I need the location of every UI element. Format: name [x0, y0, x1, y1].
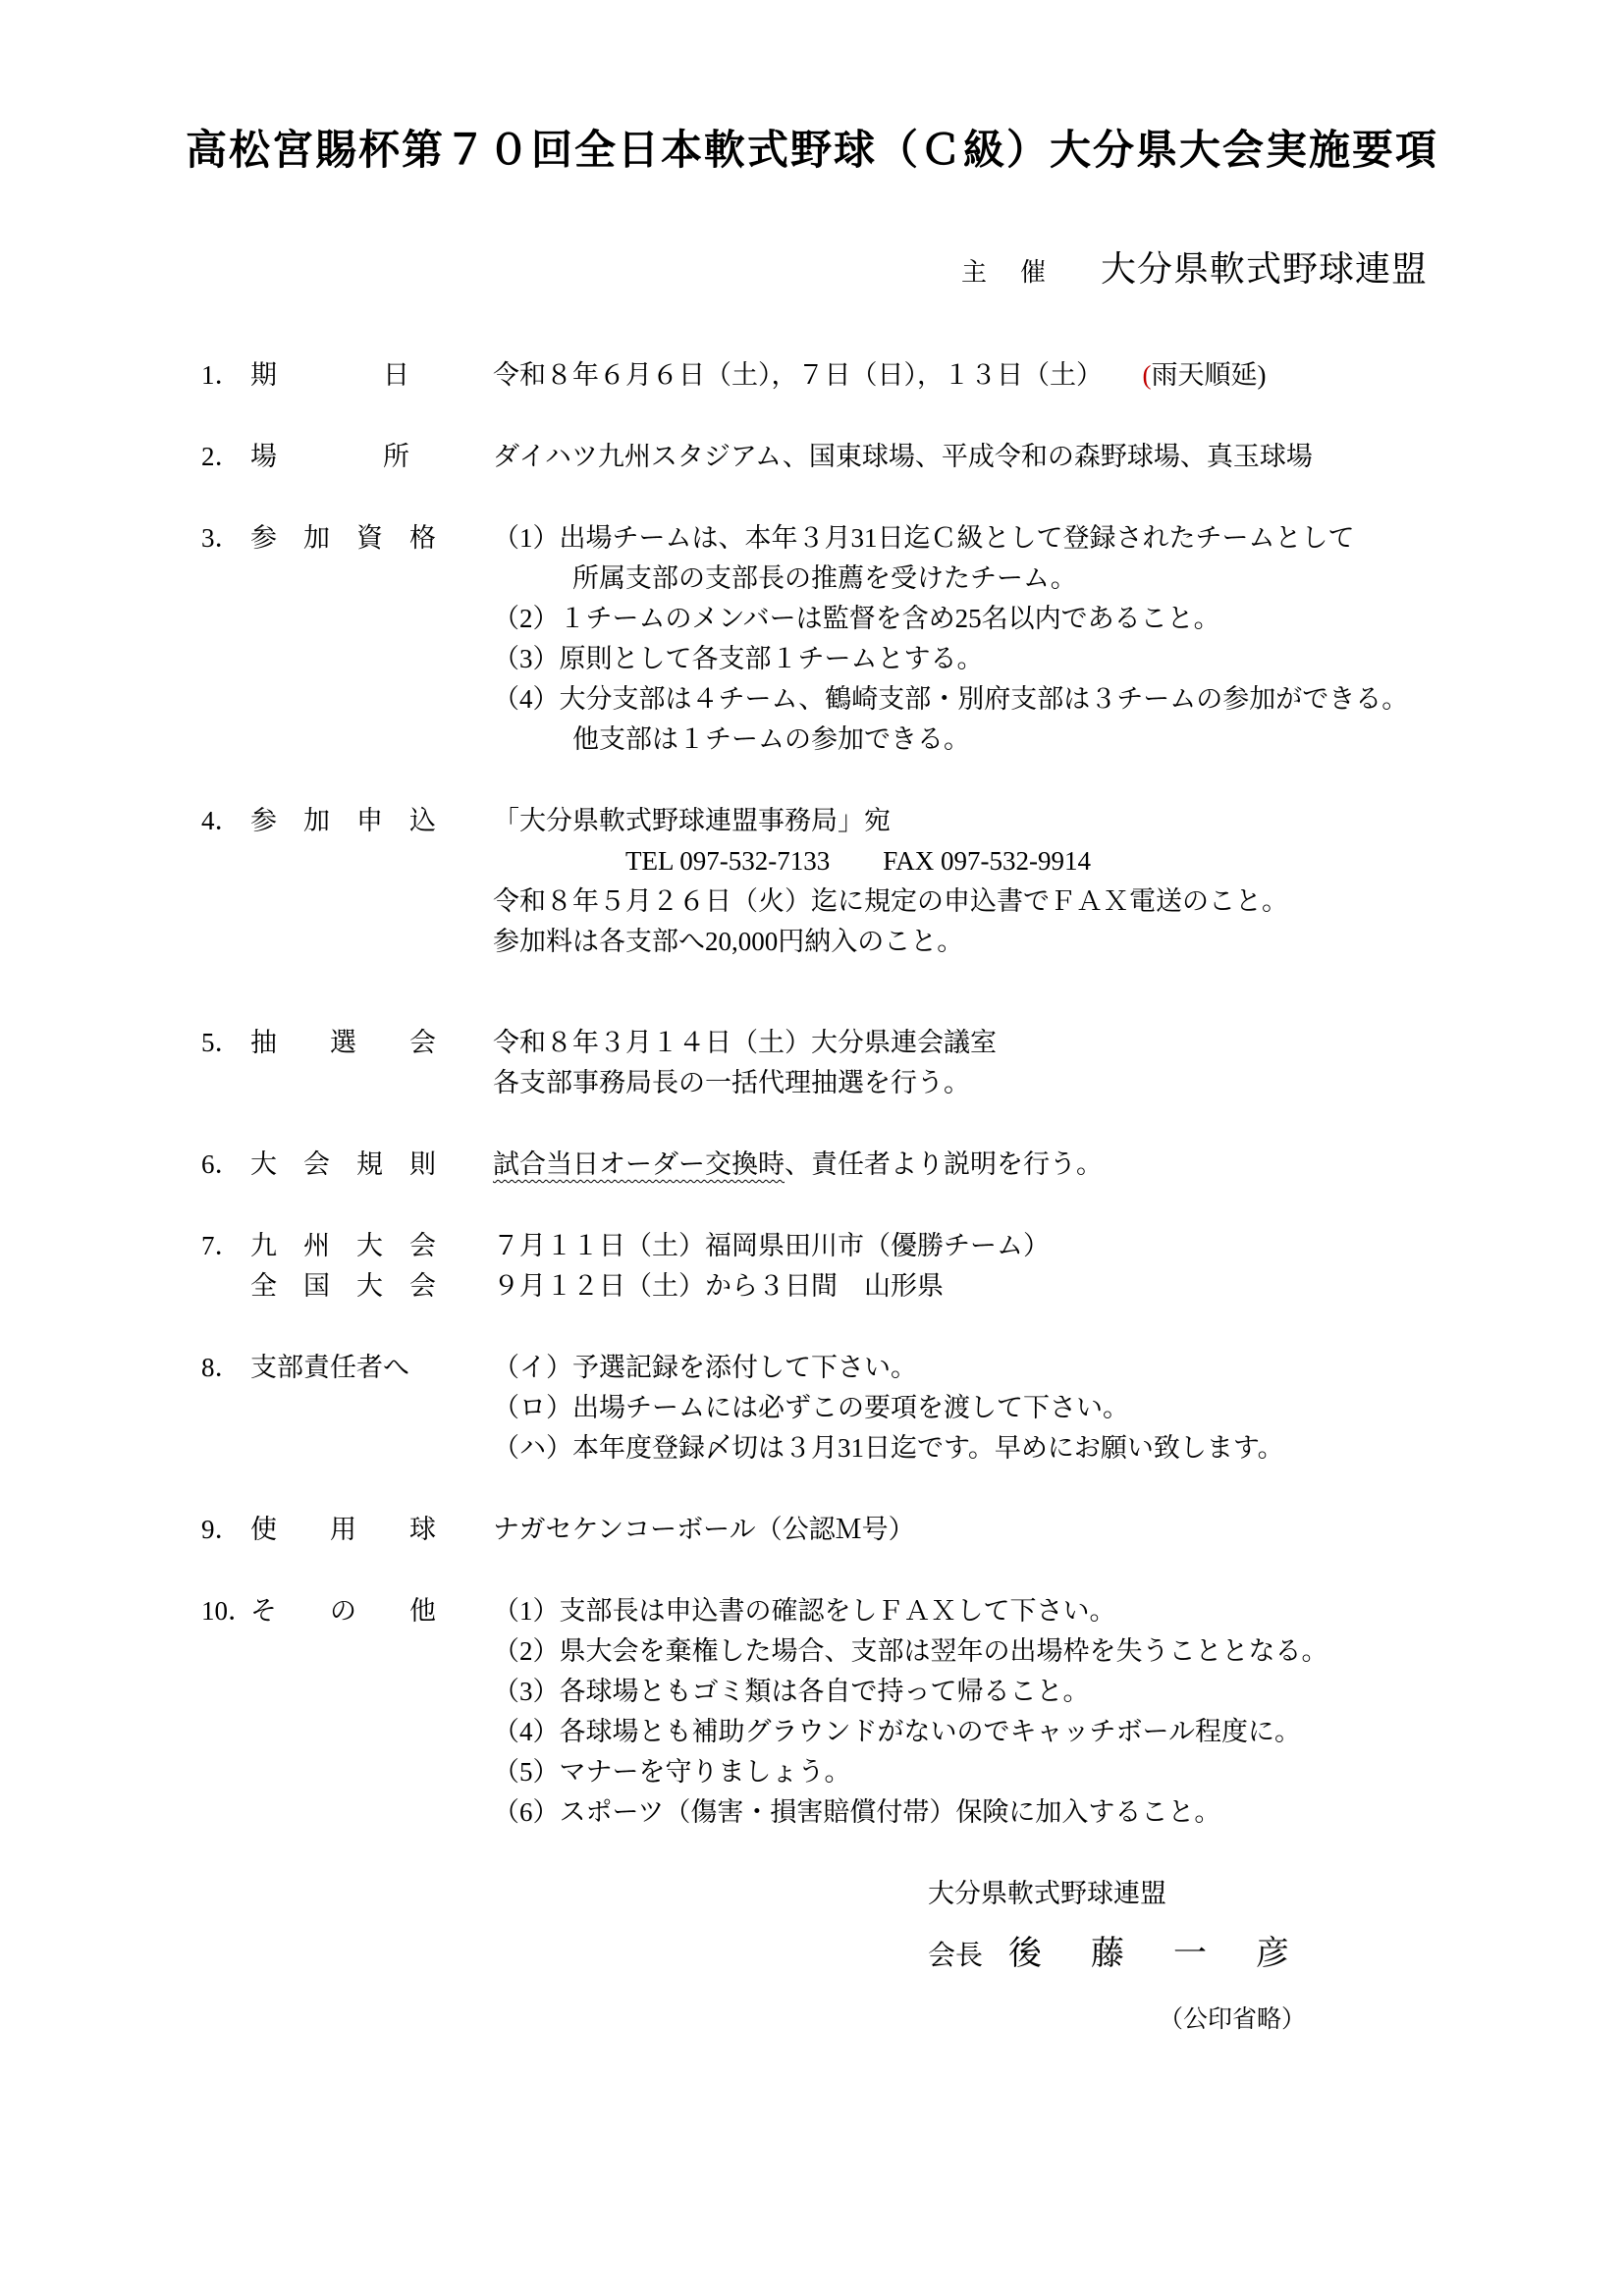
section-number: 5．	[201, 1023, 250, 1063]
signature-block: 大分県軟式野球連盟 会長 後 藤 一 彦 （公印省略）	[0, 1874, 1624, 2040]
text-line: （ハ）本年度登録〆切は３月31日迄です。早めにお願い致します。	[493, 1428, 1624, 1468]
text-segment: 雨天順延)	[1152, 360, 1267, 390]
section-label: 参 加 資 格	[250, 518, 493, 559]
text-line: （6）スポーツ（傷害・損害賠償付帯）保険に加入すること。	[493, 1792, 1624, 1833]
section-content: 「大分県軟式野球連盟事務局」宛 TEL 097-532-7133 FAX 097…	[493, 801, 1624, 962]
text-line: ９月１２日（土）から３日間 山形県	[493, 1266, 1624, 1307]
text-line: （2）県大会を棄権した場合、支部は翌年の出場枠を失うこととなる。	[493, 1631, 1624, 1672]
text-line: ナガセケンコーボール（公認Ｍ号）	[493, 1510, 1624, 1550]
text-line: 令和８年６月６日（土），７日（日），１３日（土） (雨天順延)	[493, 355, 1624, 396]
text-line: （1）支部長は申込書の確認をしＦＡＸして下さい。	[493, 1591, 1624, 1631]
section-row: 2．場 所ダイハツ九州スタジアム、国東球場、平成令和の森野球場、真玉球場	[0, 437, 1624, 477]
document-page: 高松宮賜杯第７０回全日本軟式野球（Ｃ級）大分県大会実施要項 主 催 大分県軟式野…	[0, 0, 1624, 2296]
text-line: 令和８年３月１４日（土）大分県連会議室	[493, 1023, 1624, 1063]
section-number: 8．	[201, 1348, 250, 1388]
section-label: 全 国 大 会	[250, 1266, 493, 1307]
section-label: 大 会 規 則	[250, 1145, 493, 1185]
section-number: 9．	[201, 1510, 250, 1550]
text-line: （イ）予選記録を添付して下さい。	[493, 1348, 1624, 1388]
text-line: （4）各球場とも補助グラウンドがないのでキャッチボール程度に。	[493, 1712, 1624, 1752]
section-number: 10．	[201, 1591, 250, 1631]
footer-president-line: 会長 後 藤 一 彦	[928, 1934, 1624, 1976]
section-row: 9．使 用 球ナガセケンコーボール（公認Ｍ号）	[0, 1510, 1624, 1550]
section-row: 6．大 会 規 則試合当日オーダー交換時、責任者より説明を行う。	[0, 1145, 1624, 1185]
sponsor-label: 主 催	[961, 252, 1050, 293]
text-line: （2）１チームのメンバーは監督を含め25名以内であること。	[493, 599, 1624, 639]
section-number: 1．	[201, 355, 250, 396]
text-line: 令和８年５月２６日（火）迄に規定の申込書でＦＡＸ電送のこと。	[493, 881, 1624, 922]
seal-note: （公印省略）	[928, 2000, 1624, 2040]
section-number: 7．	[201, 1226, 250, 1266]
document-title: 高松宮賜杯第７０回全日本軟式野球（Ｃ級）大分県大会実施要項	[0, 126, 1624, 177]
section-row: 3．参 加 資 格（1）出場チームは、本年３月31日迄Ｃ級として登録されたチーム…	[0, 518, 1624, 760]
section-content: ９月１２日（土）から３日間 山形県	[493, 1266, 1624, 1307]
section-label: 参 加 申 込	[250, 801, 493, 841]
section-row: 10．そ の 他（1）支部長は申込書の確認をしＦＡＸして下さい。（2）県大会を棄…	[0, 1591, 1624, 1833]
text-line: （3）各球場ともゴミ類は各自で持って帰ること。	[493, 1672, 1624, 1712]
section-number: 4．	[201, 801, 250, 841]
text-line: 「大分県軟式野球連盟事務局」宛	[493, 801, 1624, 841]
section-content: 令和８年６月６日（土），７日（日），１３日（土） (雨天順延)	[493, 355, 1624, 396]
section-content: ７月１１日（土）福岡県田川市（優勝チーム）	[493, 1226, 1624, 1266]
wavy-underlined-segment: 試合当日オーダー交換時	[493, 1149, 785, 1179]
text-line: （5）マナーを守りましょう。	[493, 1752, 1624, 1792]
section-row: 4．参 加 申 込「大分県軟式野球連盟事務局」宛 TEL 097-532-713…	[0, 801, 1624, 962]
section-content: （イ）予選記録を添付して下さい。（ロ）出場チームには必ずこの要項を渡して下さい。…	[493, 1348, 1624, 1468]
section-number: 3．	[201, 518, 250, 559]
text-line: （1）出場チームは、本年３月31日迄Ｃ級として登録されたチームとして	[493, 518, 1624, 559]
section-content: 令和８年３月１４日（土）大分県連会議室各支部事務局長の一括代理抽選を行う。	[493, 1023, 1624, 1103]
section-row: 5．抽 選 会令和８年３月１４日（土）大分県連会議室各支部事務局長の一括代理抽選…	[0, 1023, 1624, 1103]
section-content: （1）支部長は申込書の確認をしＦＡＸして下さい。（2）県大会を棄権した場合、支部…	[493, 1591, 1624, 1833]
president-name: 後 藤 一 彦	[1008, 1934, 1297, 1974]
section-content: （1）出場チームは、本年３月31日迄Ｃ級として登録されたチームとして 所属支部の…	[493, 518, 1624, 760]
section-label: そ の 他	[250, 1591, 493, 1631]
sections: 1．期 日令和８年６月６日（土），７日（日），１３日（土） (雨天順延)2．場 …	[0, 355, 1624, 1833]
section-row: 8．支部責任者へ（イ）予選記録を添付して下さい。（ロ）出場チームには必ずこの要項…	[0, 1348, 1624, 1468]
footer-organization: 大分県軟式野球連盟	[928, 1874, 1624, 1914]
section-label: 場 所	[250, 437, 493, 477]
text-line: 各支部事務局長の一括代理抽選を行う。	[493, 1063, 1624, 1103]
text-segment: 令和８年６月６日（土），７日（日），１３日（土）	[493, 360, 1143, 390]
section-content: ダイハツ九州スタジアム、国東球場、平成令和の森野球場、真玉球場	[493, 437, 1624, 477]
section-row: 全 国 大 会９月１２日（土）から３日間 山形県	[0, 1266, 1624, 1307]
section-label: 支部責任者へ	[250, 1348, 493, 1388]
text-line: （ロ）出場チームには必ずこの要項を渡して下さい。	[493, 1388, 1624, 1428]
section-number: 2．	[201, 437, 250, 477]
section-label: 期 日	[250, 355, 493, 396]
section-row: 1．期 日令和８年６月６日（土），７日（日），１３日（土） (雨天順延)	[0, 355, 1624, 396]
section-label: 抽 選 会	[250, 1023, 493, 1063]
text-line: 所属支部の支部長の推薦を受けたチーム。	[493, 559, 1624, 599]
red-text-segment: (	[1143, 360, 1152, 390]
text-line: 他支部は１チームの参加できる。	[493, 720, 1624, 760]
text-line: TEL 097-532-7133 FAX 097-532-9914	[493, 841, 1624, 881]
text-line: 試合当日オーダー交換時、責任者より説明を行う。	[493, 1145, 1624, 1185]
text-line: 参加料は各支部へ20,000円納入のこと。	[493, 922, 1624, 962]
section-label: 九 州 大 会	[250, 1226, 493, 1266]
section-row: 7．九 州 大 会７月１１日（土）福岡県田川市（優勝チーム）	[0, 1226, 1624, 1266]
text-line: （3）原則として各支部１チームとする。	[493, 639, 1624, 679]
section-label: 使 用 球	[250, 1510, 493, 1550]
text-segment: 、責任者より説明を行う。	[785, 1149, 1103, 1179]
sponsor-name: 大分県軟式野球連盟	[1101, 249, 1428, 290]
text-line: ダイハツ九州スタジアム、国東球場、平成令和の森野球場、真玉球場	[493, 437, 1624, 477]
text-line: （4）大分支部は４チーム、鶴崎支部・別府支部は３チームの参加ができる。	[493, 679, 1624, 720]
president-title: 会長	[928, 1936, 983, 1976]
text-line: ７月１１日（土）福岡県田川市（優勝チーム）	[493, 1226, 1624, 1266]
sponsor-line: 主 催 大分県軟式野球連盟	[0, 249, 1624, 293]
section-number: 6．	[201, 1145, 250, 1185]
section-content: 試合当日オーダー交換時、責任者より説明を行う。	[493, 1145, 1624, 1185]
section-content: ナガセケンコーボール（公認Ｍ号）	[493, 1510, 1624, 1550]
